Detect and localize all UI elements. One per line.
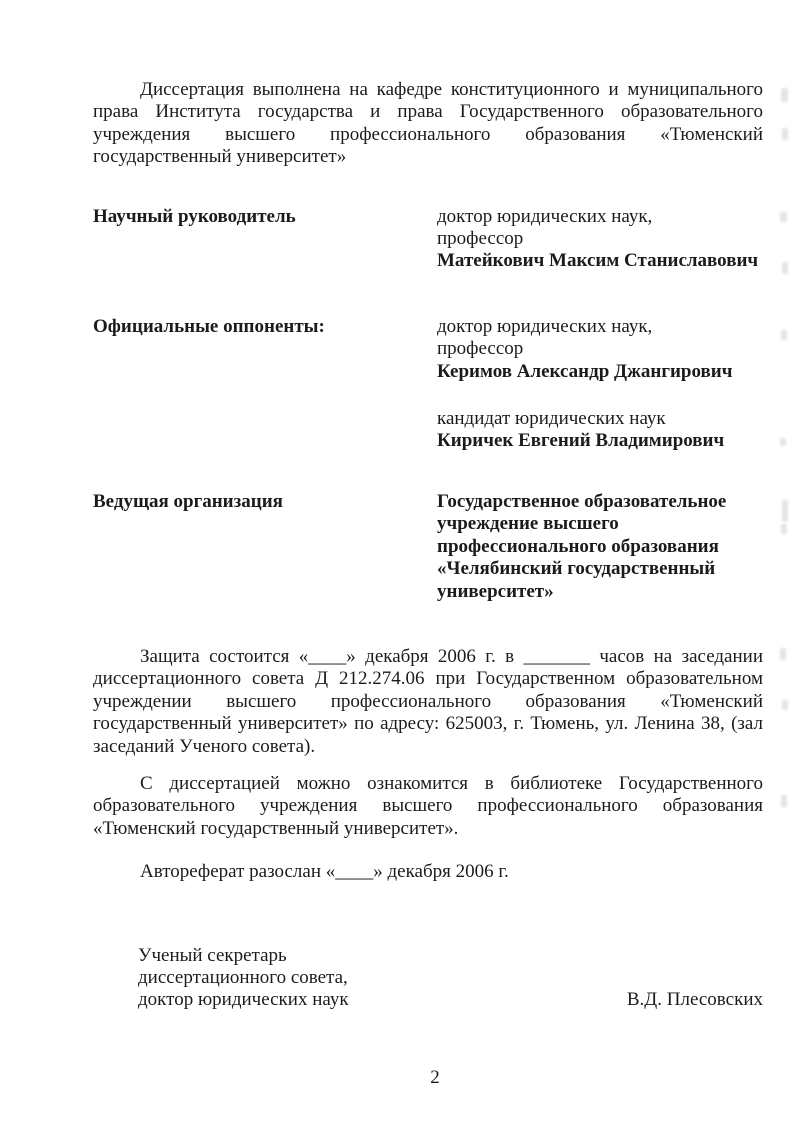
opponent-1: доктор юридических наук, профессор Керим… xyxy=(437,316,763,383)
page-number: 2 xyxy=(93,1067,763,1089)
supervisor-name: Матейкович Максим Станиславович xyxy=(437,250,763,272)
scan-artifact xyxy=(780,438,786,446)
signature-block: Ученый секретарь диссертационного совета… xyxy=(93,945,763,1012)
scan-artifact xyxy=(782,128,788,140)
leading-organization-row: Ведущая организация Государственное обра… xyxy=(93,491,763,603)
opponent-1-name: Керимов Александр Джангирович xyxy=(437,361,763,383)
defense-paragraph: Защита состоится «____» декабря 2006 г. … xyxy=(93,646,763,758)
scan-artifact xyxy=(782,500,788,522)
scan-artifact xyxy=(780,212,787,222)
leading-organization-name: Государственное образовательное учрежден… xyxy=(437,491,763,603)
opponents-value: доктор юридических наук, профессор Керим… xyxy=(437,316,763,453)
supervisor-credentials: доктор юридических наук, профессор xyxy=(437,206,763,251)
page-content: Диссертация выполнена на кафедре констит… xyxy=(93,79,763,1089)
abstract-sent-paragraph: Автореферат разослан «____» декабря 2006… xyxy=(93,861,763,883)
library-paragraph: С диссертацией можно ознакомится в библи… xyxy=(93,773,763,840)
opponent-2-credentials: кандидат юридических наук xyxy=(437,408,763,430)
opponent-2-name: Киричек Евгений Владимирович xyxy=(437,430,763,452)
scan-artifact xyxy=(782,700,788,710)
scan-artifact xyxy=(781,88,788,102)
intro-paragraph: Диссертация выполнена на кафедре констит… xyxy=(93,79,763,169)
document-page: Диссертация выполнена на кафедре констит… xyxy=(0,0,800,1133)
signature-name: В.Д. Плесовских xyxy=(627,989,763,1011)
scan-artifact xyxy=(782,262,788,274)
scan-artifact xyxy=(781,330,787,340)
scan-artifact xyxy=(780,648,786,660)
signature-role: Ученый секретарь диссертационного совета… xyxy=(138,945,349,1012)
opponent-2: кандидат юридических наук Киричек Евгени… xyxy=(437,408,763,453)
opponents-row: Официальные оппоненты: доктор юридически… xyxy=(93,316,763,453)
scan-artifact xyxy=(781,795,787,807)
supervisor-row: Научный руководитель доктор юридических … xyxy=(93,206,763,273)
opponent-1-credentials: доктор юридических наук, профессор xyxy=(437,316,763,361)
supervisor-value: доктор юридических наук, профессор Матей… xyxy=(437,206,763,273)
leading-organization-label: Ведущая организация xyxy=(93,491,437,513)
scan-artifact xyxy=(781,524,787,534)
supervisor-label: Научный руководитель xyxy=(93,206,437,228)
opponents-label: Официальные оппоненты: xyxy=(93,316,437,338)
